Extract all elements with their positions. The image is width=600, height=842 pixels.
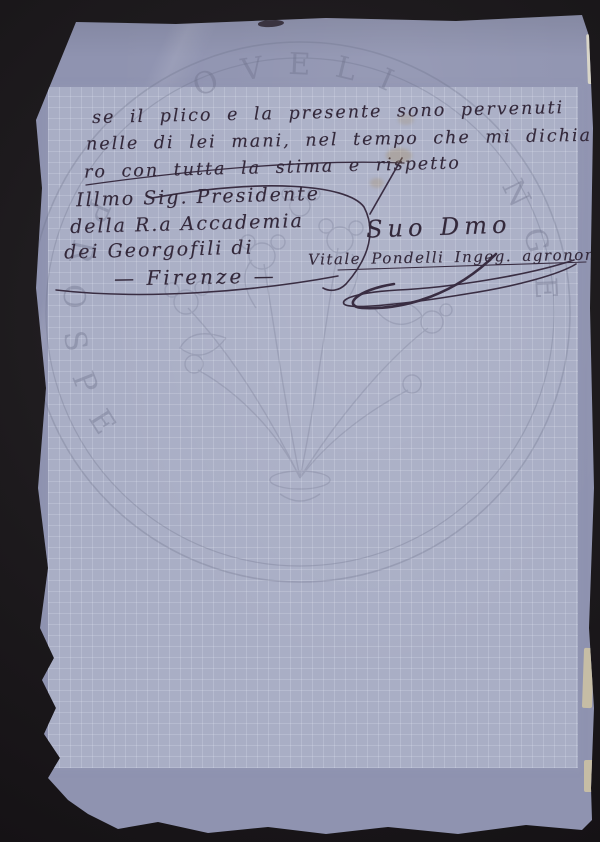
scan-canvas: { "scan": { "description": "Scanned page… (0, 0, 600, 842)
address-line-city: — Firenze — (114, 264, 277, 291)
stain-mark (398, 114, 414, 125)
stain-mark (386, 148, 412, 163)
letter-sheet: OVELI PROSPE NGE (26, 8, 594, 836)
paper-edge-fragment (584, 760, 594, 792)
stain-mark (370, 178, 384, 188)
paper-edge-fragment (586, 34, 596, 84)
closing-salutation: Suo Dmo (366, 210, 512, 243)
ink-speck (258, 19, 284, 28)
paper-edge-fragment (582, 648, 594, 708)
